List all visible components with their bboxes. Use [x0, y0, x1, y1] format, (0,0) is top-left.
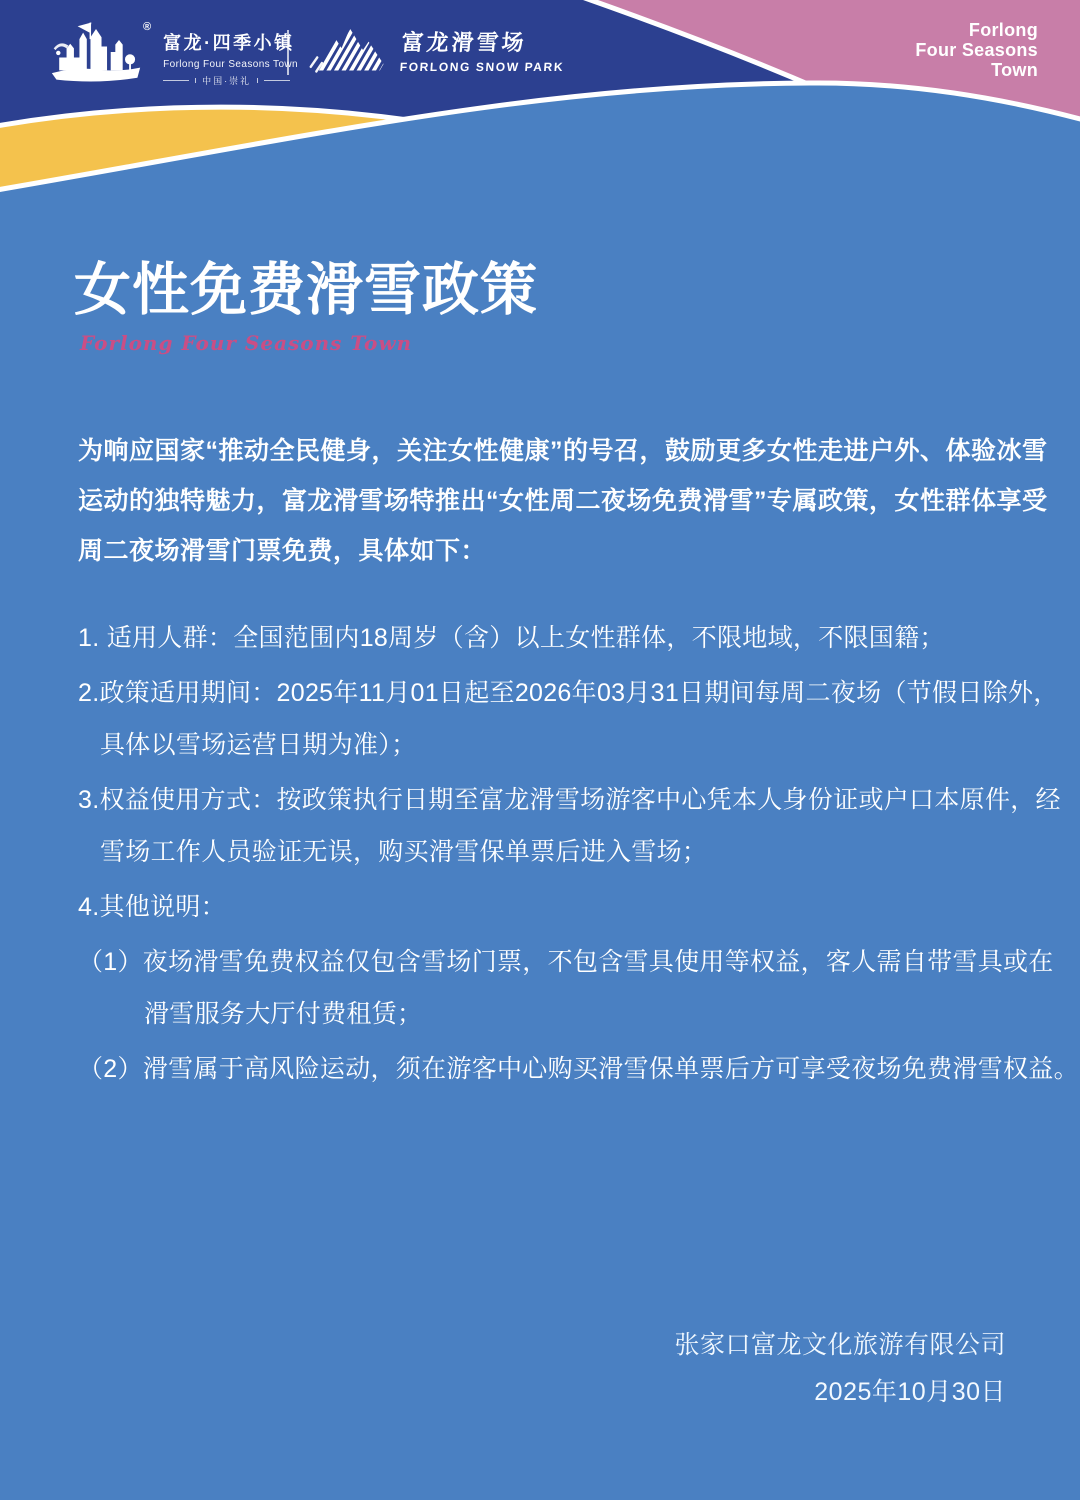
- text-line: 滑雪服务大厅付费租赁；: [78, 988, 1079, 1040]
- decorative-tick: [195, 78, 196, 83]
- town-logo-location: 中国·崇礼: [163, 74, 298, 87]
- mountain-icon: [307, 24, 391, 76]
- town-logo-name-en: Forlong Four Seasons Town: [163, 59, 298, 70]
- decorative-dash: [264, 80, 290, 81]
- text-line: 具体以雪场运营日期为准）；: [78, 719, 1079, 771]
- corner-wordmark: Forlong Four Seasons Town: [915, 20, 1038, 80]
- logo-separator: [287, 30, 289, 75]
- decorative-tick: [257, 78, 258, 83]
- text-line: 3.权益使用方式：按政策执行日期至富龙滑雪场游客中心凭本人身份证或户口本原件，经: [78, 774, 1079, 826]
- poster-page: ® 富龙·四季小镇 Forlong Four Seasons Town 中国·崇…: [0, 0, 1080, 1500]
- snow-park-logo: 富龙滑雪场 FORLONG SNOW PARK: [307, 24, 565, 76]
- text-line: （2）滑雪属于高风险运动，须在游客中心购买滑雪保单票后方可享受夜场免费滑雪权益。: [78, 1043, 1079, 1095]
- signature-block: 张家口富龙文化旅游有限公司 2025年10月30日: [674, 1322, 1006, 1416]
- castle-town-icon: [50, 20, 142, 84]
- policy-item-4: 4.其他说明：: [78, 881, 1079, 933]
- snow-park-name-cn: 富龙滑雪场: [401, 26, 567, 57]
- company-name: 张家口富龙文化旅游有限公司: [674, 1322, 1006, 1369]
- text-line: 4.其他说明：: [78, 881, 1079, 933]
- policy-item-2: 2.政策适用期间：2025年11月01日起至2026年03月31日期间每周二夜场…: [78, 667, 1079, 771]
- text-line: 1. 适用人群：全国范围内18周岁（含）以上女性群体，不限地域，不限国籍；: [78, 612, 1079, 664]
- issue-date: 2025年10月30日: [674, 1369, 1006, 1416]
- page-title: 女性免费滑雪政策: [74, 244, 538, 326]
- policy-subitem-1: （1）夜场滑雪免费权益仅包含雪场门票，不包含雪具使用等权益，客人需自带雪具或在 …: [78, 936, 1079, 1040]
- intro-line: 周二夜场滑雪门票免费，具体如下：: [78, 526, 1048, 576]
- town-logo-name-cn: 富龙·四季小镇: [163, 29, 298, 55]
- town-logo-location-text: 中国·崇礼: [202, 74, 251, 87]
- policy-subitem-2: （2）滑雪属于高风险运动，须在游客中心购买滑雪保单票后方可享受夜场免费滑雪权益。: [78, 1043, 1079, 1095]
- policy-list: 1. 适用人群：全国范围内18周岁（含）以上女性群体，不限地域，不限国籍； 2.…: [78, 612, 1079, 1098]
- title-script-subtitle: Forlong Four Seasons Town: [80, 331, 412, 355]
- decorative-dash: [163, 80, 189, 81]
- policy-item-1: 1. 适用人群：全国范围内18周岁（含）以上女性群体，不限地域，不限国籍；: [78, 612, 1079, 664]
- text-line: 2.政策适用期间：2025年11月01日起至2026年03月31日期间每周二夜场…: [78, 667, 1079, 719]
- snow-park-name-en: FORLONG SNOW PARK: [399, 60, 564, 74]
- intro-line: 运动的独特魅力，富龙滑雪场特推出“女性周二夜场免费滑雪”专属政策，女性群体享受: [78, 476, 1048, 526]
- registered-trademark-mark: ®: [143, 22, 151, 33]
- intro-line: 为响应国家“推动全民健身，关注女性健康”的号召，鼓励更多女性走进户外、体验冰雪: [78, 426, 1048, 476]
- intro-paragraph: 为响应国家“推动全民健身，关注女性健康”的号召，鼓励更多女性走进户外、体验冰雪 …: [78, 426, 1048, 576]
- town-logo: ® 富龙·四季小镇 Forlong Four Seasons Town 中国·崇…: [50, 20, 298, 87]
- text-line: （1）夜场滑雪免费权益仅包含雪场门票，不包含雪具使用等权益，客人需自带雪具或在: [78, 936, 1079, 988]
- text-line: 雪场工作人员验证无误，购买滑雪保单票后进入雪场；: [78, 826, 1079, 878]
- policy-item-3: 3.权益使用方式：按政策执行日期至富龙滑雪场游客中心凭本人身份证或户口本原件，经…: [78, 774, 1079, 878]
